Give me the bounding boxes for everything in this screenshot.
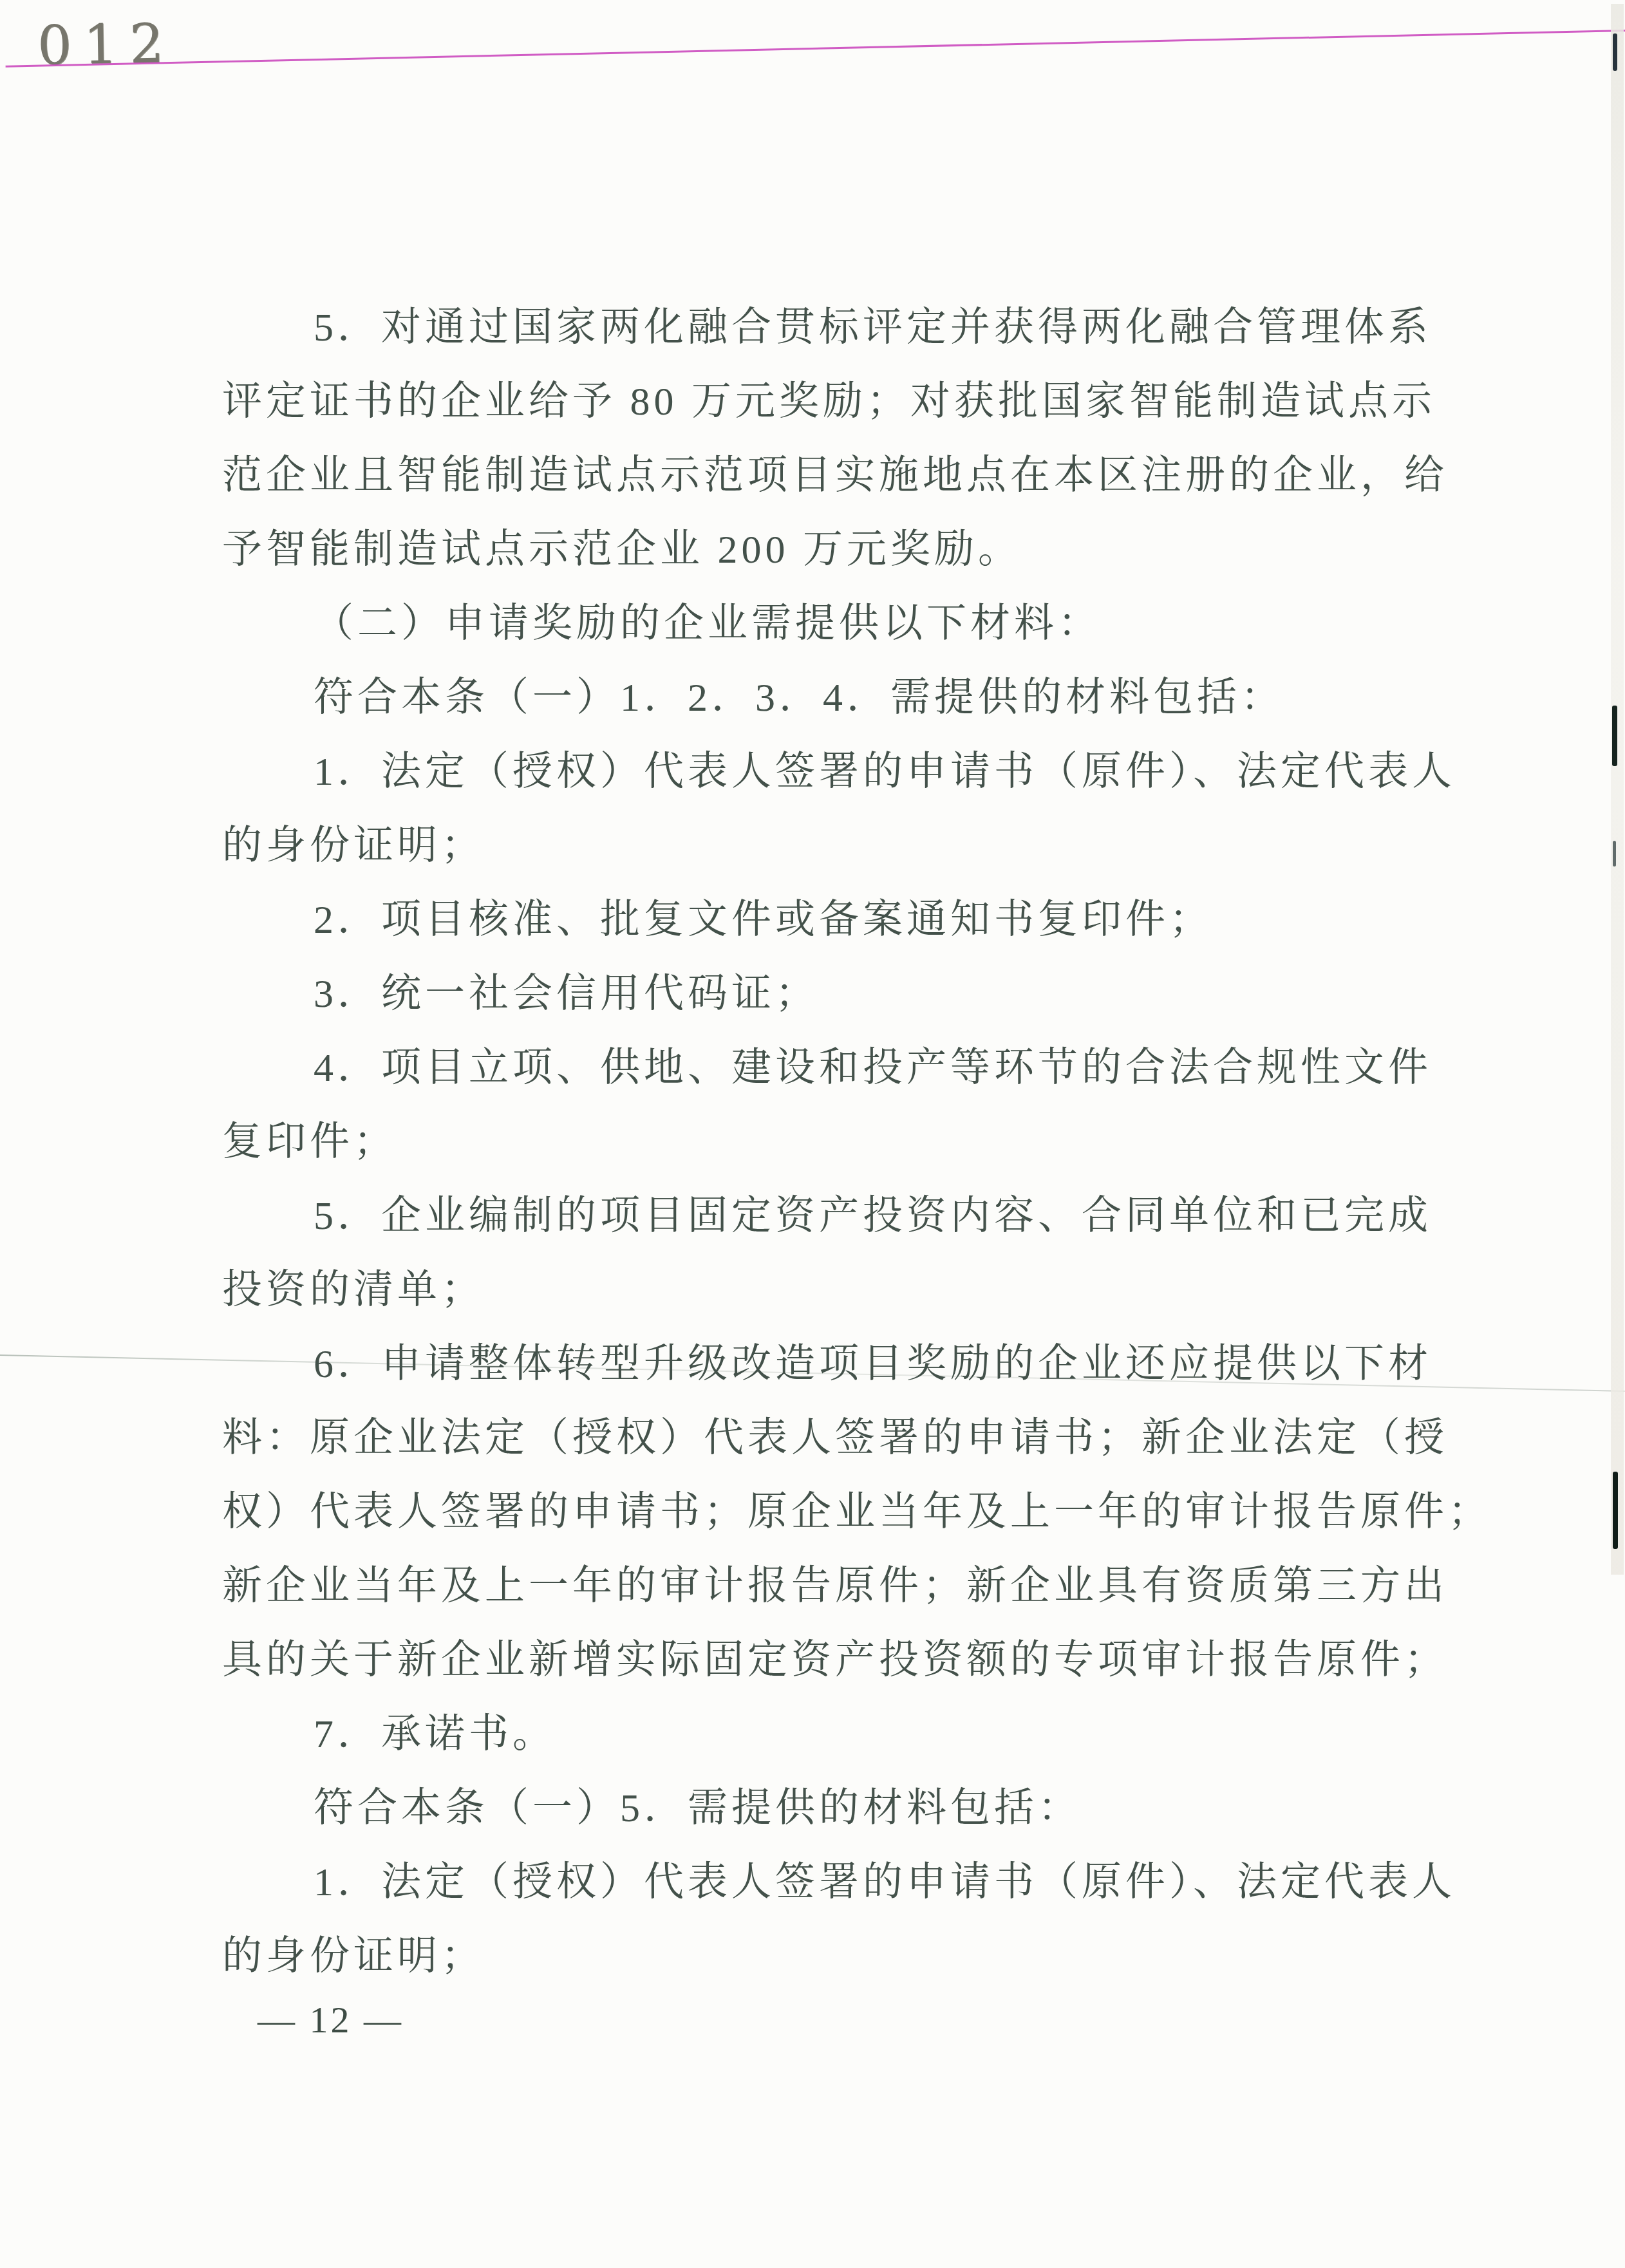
scan-edge-mark: [1613, 1472, 1618, 1549]
text-line: 4．项目立项、供地、建设和投产等环节的合法合规性文件: [222, 1031, 1465, 1105]
text-line: 5．企业编制的项目固定资产投资内容、合同单位和已完成: [222, 1179, 1465, 1253]
scan-edge-mark: [1612, 706, 1617, 766]
text-line: 5．对通过国家两化融合贯标评定并获得两化融合管理体系: [222, 291, 1465, 365]
document-page: 012 5．对通过国家两化融合贯标评定并获得两化融合管理体系评定证书的企业给予 …: [0, 0, 1625, 2268]
body-text: 5．对通过国家两化融合贯标评定并获得两化融合管理体系评定证书的企业给予 80 万…: [222, 291, 1465, 1994]
text-line: 符合本条（一）1．2．3．4．需提供的材料包括：: [222, 661, 1465, 735]
text-line: 6．申请整体转型升级改造项目奖励的企业还应提供以下材: [222, 1327, 1465, 1401]
scan-edge-band: [1611, 4, 1624, 1575]
text-line: 的身份证明；: [222, 809, 1465, 883]
text-line: 具的关于新企业新增实际固定资产投资额的专项审计报告原件；: [222, 1624, 1465, 1698]
text-line: 7．承诺书。: [222, 1698, 1465, 1772]
text-line: 予智能制造试点示范企业 200 万元奖励。: [222, 513, 1465, 587]
text-line: 投资的清单；: [222, 1253, 1465, 1327]
text-line: 评定证书的企业给予 80 万元奖励；对获批国家智能制造试点示: [222, 365, 1465, 439]
page-stamp: 012: [37, 12, 176, 77]
text-line: 3．统一社会信用代码证；: [222, 957, 1465, 1031]
text-line: 新企业当年及上一年的审计报告原件；新企业具有资质第三方出: [222, 1550, 1465, 1624]
text-line: 的身份证明；: [222, 1920, 1465, 1994]
text-line: 1．法定（授权）代表人签署的申请书（原件）、法定代表人: [222, 735, 1465, 809]
text-line: （二）申请奖励的企业需提供以下材料：: [222, 587, 1465, 661]
text-line: 料：原企业法定（授权）代表人签署的申请书；新企业法定（授: [222, 1401, 1465, 1476]
scan-line-top: [6, 30, 1625, 68]
text-line: 范企业且智能制造试点示范项目实施地点在本区注册的企业，给: [222, 439, 1465, 513]
scan-edge-mark: [1613, 841, 1616, 867]
text-line: 符合本条（一）5．需提供的材料包括：: [222, 1772, 1465, 1846]
text-line: 2．项目核准、批复文件或备案通知书复印件；: [222, 883, 1465, 957]
text-line: 权）代表人签署的申请书；原企业当年及上一年的审计报告原件；: [222, 1476, 1465, 1550]
text-line: 复印件；: [222, 1105, 1465, 1179]
text-line: 1．法定（授权）代表人签署的申请书（原件）、法定代表人: [222, 1846, 1465, 1920]
scan-edge-mark: [1613, 33, 1617, 71]
footer-page-number: — 12 —: [258, 1998, 404, 2041]
